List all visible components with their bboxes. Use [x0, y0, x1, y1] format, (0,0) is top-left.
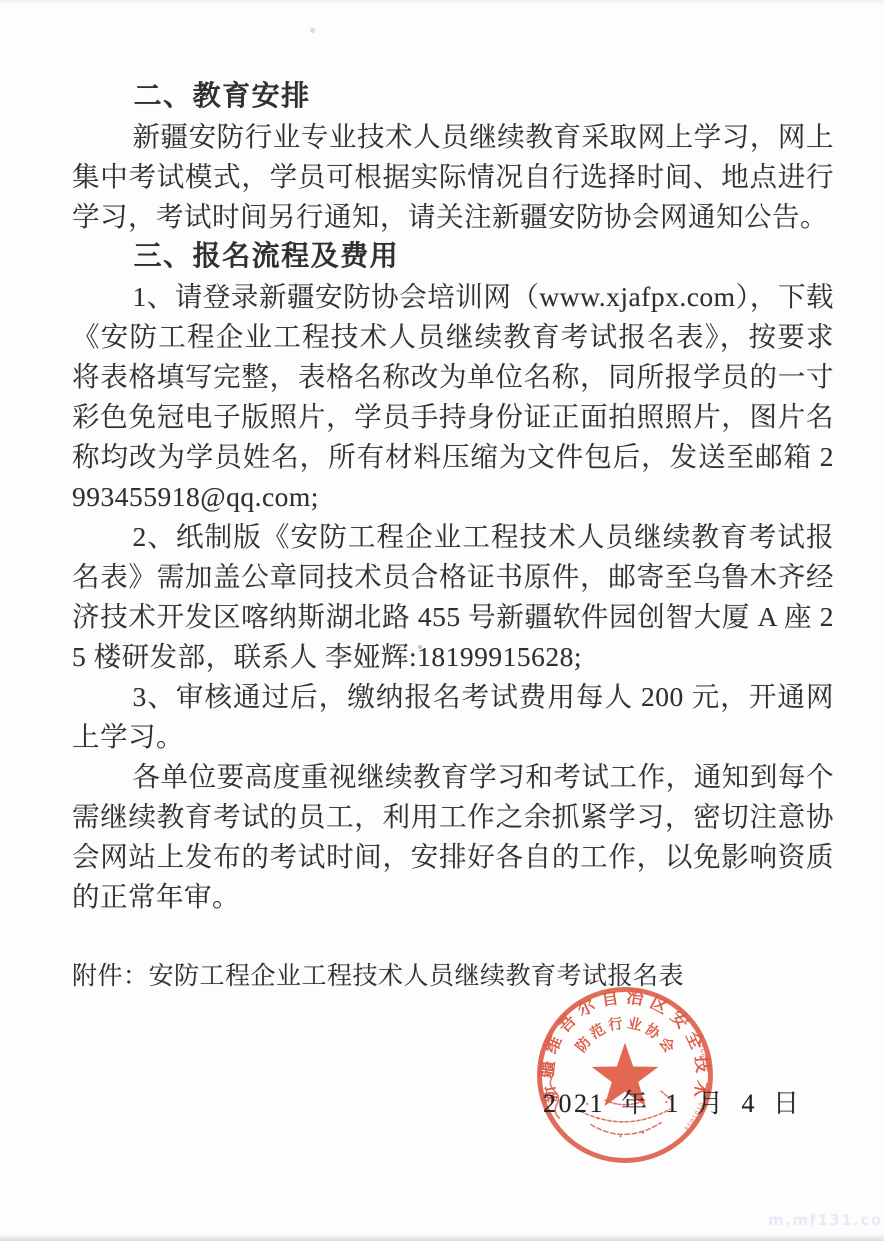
seal-graphic: 新疆维吾尔自治区安全技术 防范行业协会 9166291 0101054: [535, 985, 715, 1165]
scanned-notice-page: 二、教育安排 新疆安防行业专业技术人员继续教育采取网上学习，网上集中考试模式，学…: [0, 0, 884, 1241]
site-watermark: m.mf131.com: [768, 1211, 884, 1229]
paragraph-step-3: 3、审核通过后，缴纳报名考试费用每人 200 元，开通网上学习。: [72, 677, 834, 757]
notice-body: 二、教育安排 新疆安防行业专业技术人员继续教育采取网上学习，网上集中考试模式，学…: [72, 77, 834, 997]
paragraph-closing: 各单位要高度重视继续教育学习和考试工作，通知到每个需继续教育考试的员工，利用工作…: [72, 757, 834, 917]
paragraph-step-1: 1、请登录新疆安防协会培训网（www.xjafpx.com），下载《安防工程企业…: [72, 277, 834, 517]
paragraph-education-arrangement: 新疆安防行业专业技术人员继续教育采取网上学习，网上集中考试模式，学员可根据实际情…: [72, 117, 834, 237]
attachment-line: 附件：安防工程企业工程技术人员继续教育考试报名表: [72, 957, 834, 997]
section-heading-registration: 三、报名流程及费用: [72, 237, 834, 277]
section-heading-education: 二、教育安排: [72, 77, 834, 117]
scan-speck: [310, 28, 315, 33]
official-red-seal: 新疆维吾尔自治区安全技术 防范行业协会 9166291 0101054: [535, 985, 715, 1165]
paragraph-step-2: 2、纸制版《安防工程企业工程技术人员继续教育考试报名表》需加盖公章同技术员合格证…: [72, 517, 834, 677]
date-line: 2021 年 1 月 4 日: [543, 1083, 802, 1120]
scan-speck: [418, 645, 422, 649]
